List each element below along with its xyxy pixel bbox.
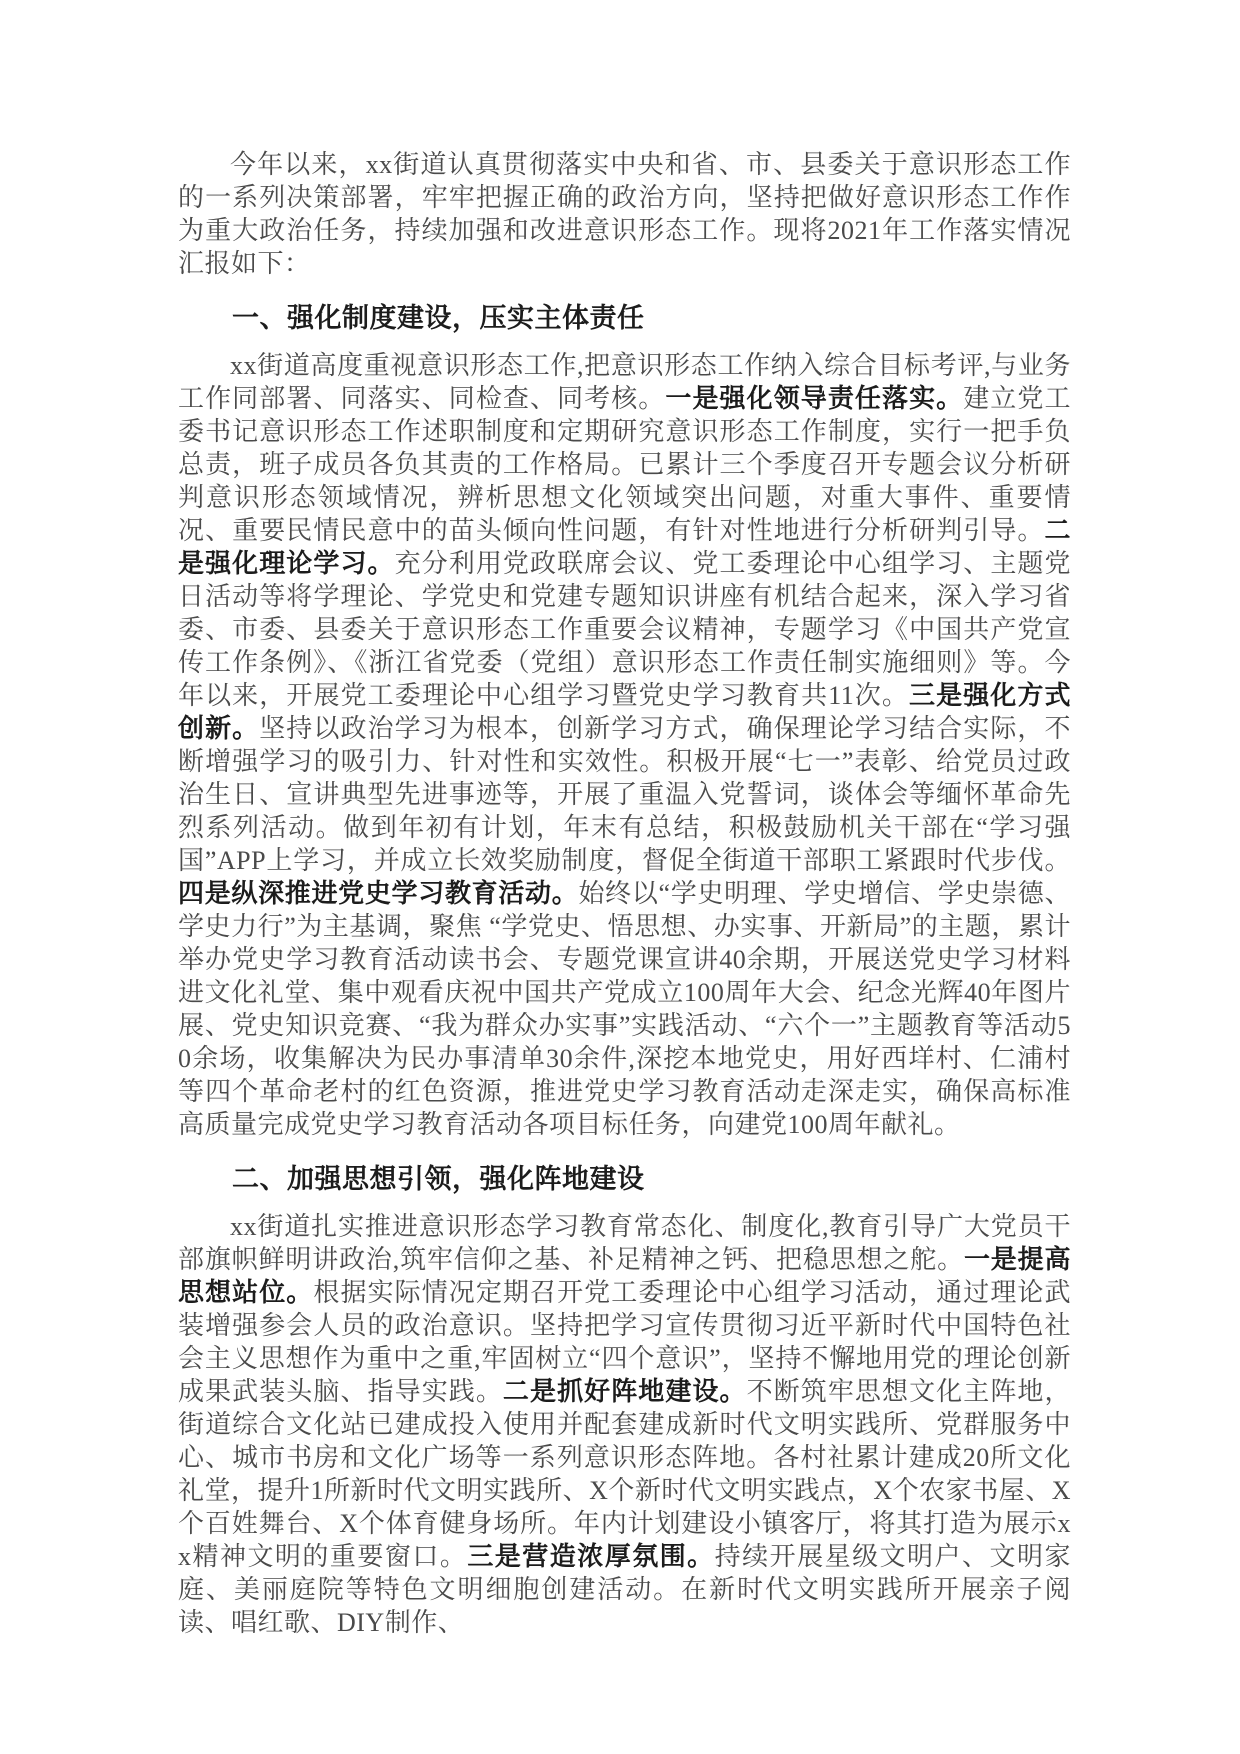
section-1-paragraph: xx街道高度重视意识形态工作,把意识形态工作纳入综合目标考评,与业务工作同部署、…	[178, 349, 1071, 1141]
text-run: xx街道扎实推进意识形态学习教育常态化、制度化,教育引导广大党员干部旗帜鲜明讲政…	[178, 1212, 1071, 1274]
intro-paragraph: 今年以来，xx街道认真贯彻落实中央和省、市、县委关于意识形态工作的一系列决策部署…	[178, 148, 1071, 280]
bold-emphasis-run: 一、强化制度建设，压实主体责任	[232, 303, 645, 333]
bold-emphasis-run: 四是纵深推进党史学习教育活动。	[178, 878, 578, 908]
section-2-paragraph: xx街道扎实推进意识形态学习教育常态化、制度化,教育引导广大党员干部旗帜鲜明讲政…	[178, 1210, 1071, 1639]
bold-emphasis-run: 二、加强思想引领，强化阵地建设	[232, 1164, 645, 1194]
text-run: 今年以来，xx街道认真贯彻落实中央和省、市、县委关于意识形态工作的一系列决策部署…	[178, 150, 1071, 278]
document-page: 今年以来，xx街道认真贯彻落实中央和省、市、县委关于意识形态工作的一系列决策部署…	[0, 0, 1240, 1754]
text-run: 始终以“学史明理、学史增信、学史崇德、学史力行”为主基调，聚焦 “学党史、悟思想…	[178, 879, 1071, 1139]
document-body: 今年以来，xx街道认真贯彻落实中央和省、市、县委关于意识形态工作的一系列决策部署…	[178, 148, 1071, 1639]
text-run: 坚持以政治学习为根本，创新学习方式，确保理论学习结合实际，不断增强学习的吸引力、…	[178, 714, 1071, 875]
bold-emphasis-run: 三是营造浓厚氛围。	[467, 1541, 714, 1571]
section-1-heading: 一、强化制度建设，压实主体责任	[178, 302, 1071, 335]
section-2-heading: 二、加强思想引领，强化阵地建设	[178, 1163, 1071, 1196]
bold-emphasis-run: 一是强化领导责任落实。	[665, 383, 963, 413]
bold-emphasis-run: 二是抓好阵地建设。	[503, 1376, 747, 1406]
